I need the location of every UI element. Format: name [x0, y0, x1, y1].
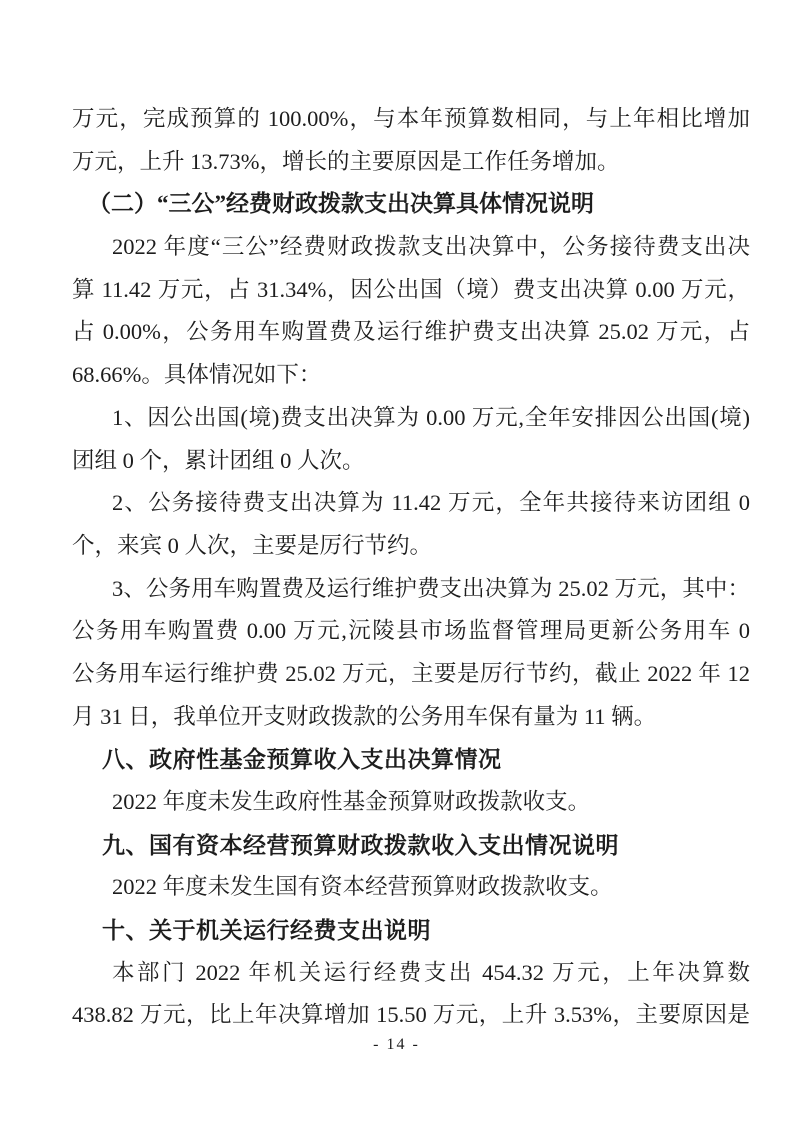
text-line-item-1: 1、因公出国(境)费支出决算为 0.00 万元,全年安排因公出国(境) — [72, 397, 750, 440]
text-line: 2022 年度未发生政府性基金预算财政拨款收支。 — [72, 781, 750, 824]
section-heading-8-gov-funds: 八、政府性基金预算收入支出决算情况 — [72, 738, 750, 781]
text-line: 公务用车购置费 0.00 万元,沅陵县市场监督管理局更新公务用车 0 辆。 — [72, 610, 750, 653]
text-line: 2022 年度“三公”经费财政拨款支出决算中，公务接待费支出决 — [72, 226, 750, 269]
text-line: 个，来宾 0 人次，主要是厉行节约。 — [72, 525, 750, 568]
subsection-heading-three-public: （二）“三公”经费财政拨款支出决算具体情况说明 — [72, 183, 750, 226]
text-line: 公务用车运行维护费 25.02 万元，主要是厉行节约，截止 2022 年 12 — [72, 653, 750, 696]
document-page: 万元，完成预算的 100.00%，与本年预算数相同，与上年相比增加 3.02 万… — [0, 0, 793, 1122]
page-number: - 14 - — [0, 1036, 793, 1054]
text-line-item-2: 2、公务接待费支出决算为 11.42 万元，全年共接待来访团组 0 — [72, 482, 750, 525]
text-line: 438.82 万元，比上年决算增加 15.50 万元，上升 3.53%，主要原因… — [72, 994, 750, 1037]
page-body-text: 万元，完成预算的 100.00%，与本年预算数相同，与上年相比增加 3.02 万… — [72, 98, 750, 1037]
text-line: 68.66%。具体情况如下： — [72, 354, 750, 397]
text-line: 占 0.00%，公务用车购置费及运行维护费支出决算 25.02 万元，占 — [72, 311, 750, 354]
text-line: 团组 0 个，累计团组 0 人次。 — [72, 440, 750, 483]
section-heading-10-operating-costs: 十、关于机关运行经费支出说明 — [72, 909, 750, 952]
text-line: 本部门 2022 年机关运行经费支出 454.32 万元，上年决算数 — [72, 952, 750, 995]
text-line: 2022 年度未发生国有资本经营预算财政拨款收支。 — [72, 866, 750, 909]
text-line: 万元，完成预算的 100.00%，与本年预算数相同，与上年相比增加 3.02 — [72, 98, 750, 141]
text-line: 月 31 日，我单位开支财政拨款的公务用车保有量为 11 辆。 — [72, 696, 750, 739]
text-line: 算 11.42 万元，占 31.34%，因公出国（境）费支出决算 0.00 万元… — [72, 269, 750, 312]
section-heading-9-state-capital: 九、国有资本经营预算财政拨款收入支出情况说明 — [72, 824, 750, 867]
text-line-item-3: 3、公务用车购置费及运行维护费支出决算为 25.02 万元，其中： — [72, 568, 750, 611]
text-line: 万元，上升 13.73%，增长的主要原因是工作任务增加。 — [72, 141, 750, 184]
